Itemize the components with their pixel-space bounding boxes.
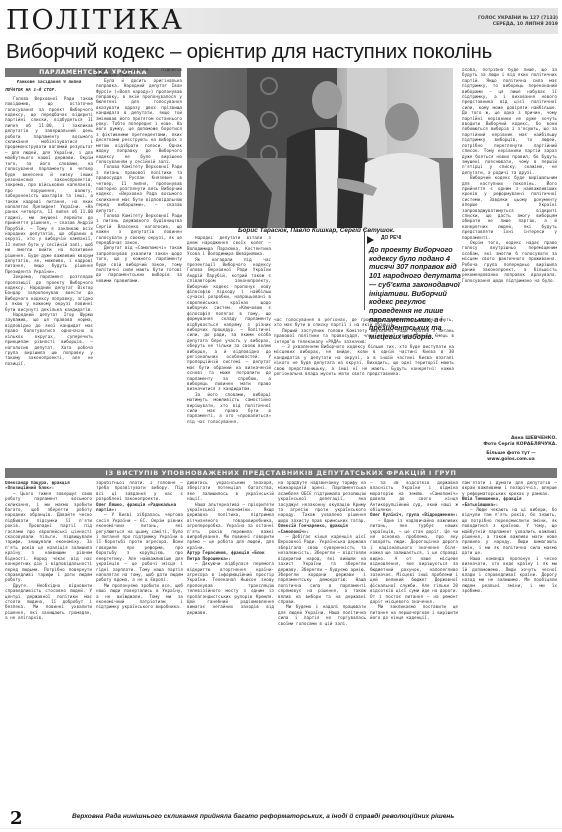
article-paragraph: Окрім того, кодекс надає право голосу вн… <box>462 241 557 284</box>
headline: Виборчий кодекс – орієнтир для наступних… <box>6 40 492 64</box>
speech-paragraph: — Добігає кінця каденція цієї Верховної … <box>278 535 366 605</box>
triangle-marker-icon <box>367 236 374 244</box>
speech-paragraph: — У Києві зібралась чергова сесія Україн… <box>96 513 183 583</box>
chronicle-paragraph: Голова Верховної Ради також повідомив, щ… <box>5 97 93 275</box>
speech-paragraph: Ми пропонуємо зробити все, щоб наші люди… <box>96 584 183 611</box>
speech-paragraph: заробітньої плати. І головне — треба про… <box>96 481 183 503</box>
speech-paragraph: Друге. Необхідно відновити справедливіст… <box>5 584 92 622</box>
speech-paragraph: дивитись українським знахаря, зберігати … <box>187 481 274 503</box>
footer-slogan: Верховна Рада нинішнього скликання прийн… <box>72 813 454 820</box>
speech-paragraph: Ми закликаємо поставити це питання на пе… <box>370 605 458 621</box>
speeches-column-6: пам'ятати і думати для депутатів — вкрай… <box>462 481 557 803</box>
speech-paragraph: — Дякуючи відбулася перемога відкриттю в… <box>187 562 274 616</box>
chronicle-paragraph: Зокрема, парламент розглядав пропозиції … <box>5 275 93 313</box>
speech-paragraph: — за 30 відсотків державна власність Укр… <box>370 481 458 513</box>
chronicle-paragraph: Була й досить оригінальна поправка. Наро… <box>96 79 182 166</box>
continuation-note: ПОЧАТОК НА 1-Й СТОР. <box>5 88 93 93</box>
speech-paragraph: — Цього тижня завершує свою роботу парла… <box>5 492 92 584</box>
footer-divider <box>0 828 562 829</box>
page-number: 2 <box>10 808 23 829</box>
chronicle-column-2: раду, врахування підписів виборців тощо.… <box>96 68 182 466</box>
issue-date: СЕРЕДА, 10 ЛИПНЯ 2019 <box>478 22 558 28</box>
speech-paragraph: на зрадбуте надзвичайну тарифу на міжнар… <box>278 481 366 524</box>
speeches-column-5: — за 30 відсотків державна власність Укр… <box>370 481 458 803</box>
chronicle-column-1: Ранкове засідання 9 липня ПОЧАТОК НА 1-Й… <box>5 80 93 466</box>
article-paragraph: Народні депутати вітали з днем народженн… <box>187 236 271 258</box>
article-paragraph: Виборчий кодекс буде вирішальним для нас… <box>462 176 557 241</box>
speaker-name: Олег Ляшко, фракція «Радикальна партія»: <box>96 503 183 514</box>
by-the-way-box: ДО РЕЧІ До проекту Виборчого кодексу бул… <box>364 232 460 310</box>
speeches-column-1: Олександр Пацура, фракція «Опозиційний б… <box>5 481 92 803</box>
section-title: ПОЛІТИКА <box>6 6 184 36</box>
website-link[interactable]: www.golos.com.ua <box>465 457 557 463</box>
photo-deputies-icon <box>187 68 453 228</box>
speaker-name: Олексій Гончаренко, фракція «Самопоміч»: <box>278 524 366 535</box>
speeches-band: ІЗ ВИСТУПІВ УПОВНОВАЖЕНИХ ПРЕДСТАВНИКІВ … <box>5 468 557 478</box>
speech-paragraph: — Одне із надзвичайно важливих питань, я… <box>370 519 458 606</box>
by-the-way-label: ДО РЕЧІ <box>381 235 401 241</box>
article-paragraph: час голосування в регіонах, де громадяни… <box>274 318 454 329</box>
speech-paragraph: Ми будемо і надалі працювати для людей У… <box>278 605 366 627</box>
speech-paragraph: Наша альтернатива — пріоритети українськ… <box>187 503 274 552</box>
photo-credit: Фото Сергія КОРАБЛЯЧУКА. <box>465 442 557 448</box>
speech-paragraph: Наша команда пропонує і чесно визначати,… <box>462 557 557 595</box>
chronicle-paragraph: Депутат від «Самопомочі» також запропону… <box>96 246 182 284</box>
article-column-4: час голосування в регіонах, де громадяни… <box>274 318 454 466</box>
article-paragraph: Перший заступник голови Комітету Верховн… <box>274 329 454 345</box>
speech-paragraph: — Люди чекають на ці вибори, бо відчули … <box>462 508 557 557</box>
article-signature: Анна ШЕВЧЕНКО. Фото Сергія КОРАБЛЯЧУКА. … <box>465 436 557 462</box>
chronicle-paragraph: Голова Комітету Верховної Ради з питань … <box>96 214 182 246</box>
chronicle-paragraph: раду, врахування підписів виборців тощо. <box>96 68 182 79</box>
speeches-column-4: на зрадбуте надзвичайну тарифу на міжнар… <box>278 481 366 803</box>
article-paragraph: особа, потрібна буде лише, що за будуть … <box>462 68 557 176</box>
article-paragraph: Як нагадали під час презентації Виборчог… <box>187 258 271 393</box>
speaker-name: Юлія Тимошенко, фракція «Батьківщина»: <box>462 497 557 508</box>
article-paragraph: За його словами, виборці матимуть можлив… <box>187 393 271 425</box>
session-note: Ранкове засідання 9 липня <box>5 80 93 85</box>
speeches-column-2: заробітньої плати. І головне — треба про… <box>96 481 183 803</box>
issue-info: ГОЛОС УКРАЇНИ № 127 (7133) СЕРЕДА, 10 ЛИ… <box>478 16 558 28</box>
speeches-column-3: дивитись українським знахаря, зберігати … <box>187 481 274 803</box>
article-column-3: Народні депутати вітали з днем народженн… <box>187 236 271 466</box>
article-column-5: особа, потрібна буде лише, що за будуть … <box>462 68 557 434</box>
speech-paragraph: пам'ятати і думати для депутатів — вкрай… <box>462 481 557 497</box>
article-photo <box>187 68 453 228</box>
article-paragraph: — З ухваленням Виборчого кодексу більше … <box>274 345 454 377</box>
speaker-name: Олександр Пацура, фракція «Опозиційний б… <box>5 481 92 492</box>
chronicle-paragraph: Народний депутат Ігор Шурма зауважив, що… <box>5 313 93 367</box>
chronicle-paragraph: Голова Комітету Верховної Ради з питань … <box>96 165 182 214</box>
speaker-name: Артур Герасимов, фракція «Блок Петра Пор… <box>187 551 274 562</box>
